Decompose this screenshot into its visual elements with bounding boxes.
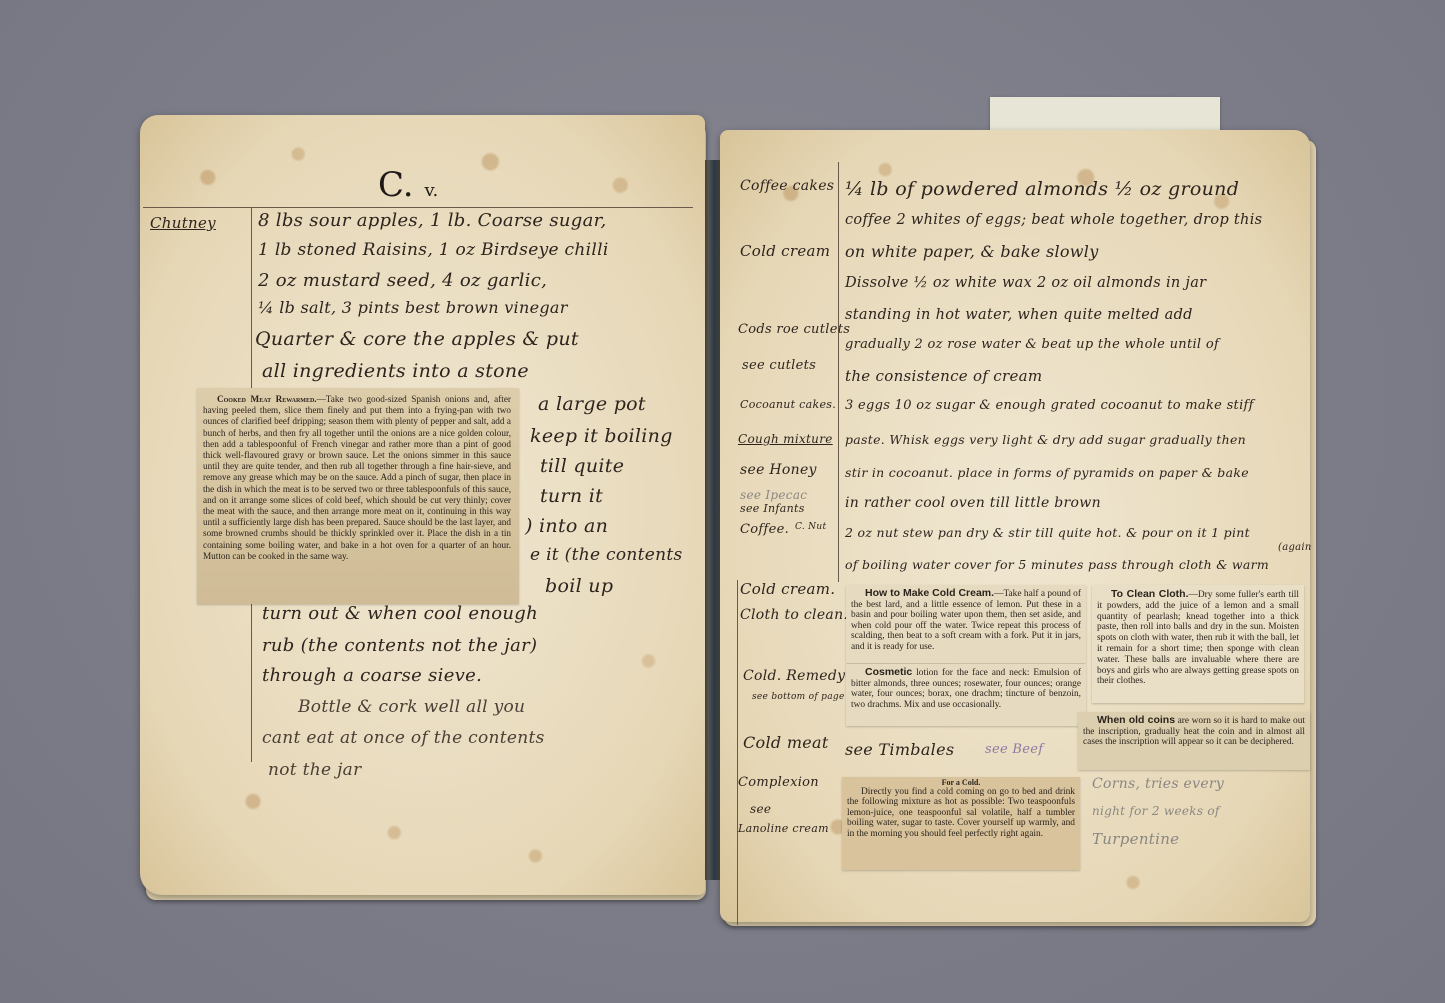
right-margin-rule (838, 162, 839, 582)
recipe-line: all ingredients into a stone (262, 360, 529, 382)
heading-suffix: v. (424, 180, 438, 201)
index-label: Cold cream. (740, 580, 835, 598)
recipe-line: turn it (540, 485, 603, 507)
clipping-body: Directly you find a cold coming on go to… (847, 787, 1075, 839)
recipe-line: stir in cocoanut. place in forms of pyra… (845, 465, 1249, 480)
index-label: C. Nut (795, 522, 826, 532)
recipe-line: ¼ lb of powdered almonds ½ oz ground (845, 178, 1239, 200)
index-label: Lanoline cream (738, 822, 829, 835)
recipe-line: gradually 2 oz rose water & beat up the … (845, 337, 1219, 352)
recipe-line: boil up (545, 575, 613, 597)
clipping-body: —Take two good-sized Spanish onions and,… (203, 394, 511, 561)
recipe-line: of boiling water cover for 5 minutes pas… (845, 557, 1269, 572)
recipe-line: e it (the contents (530, 545, 683, 565)
index-label: see Infants (740, 502, 805, 515)
recipe-line: 2 oz mustard seed, 4 oz garlic, (258, 270, 547, 291)
recipe-line: till quite (540, 455, 624, 477)
recipe-line: a large pot (538, 393, 646, 415)
corns-note-line: Turpentine (1092, 830, 1179, 848)
recipe-line: turn out & when cool enough (262, 603, 538, 624)
recipe-line: 8 lbs sour apples, 1 lb. Coarse sugar, (258, 210, 607, 231)
page-heading: C. v. (378, 165, 438, 205)
clipping-title: When old coins (1097, 714, 1175, 726)
recipe-line: the consistence of cream (845, 367, 1042, 385)
see-timbales-note: see Timbales (845, 740, 954, 759)
clipping-title: For a Cold. (847, 779, 1075, 787)
index-label: Coffee. (740, 522, 789, 537)
index-label: see bottom of page (752, 692, 845, 702)
index-label: see (750, 802, 771, 816)
clipping-title: Cosmetic (865, 666, 912, 678)
recipe-line: standing in hot water, when quite melted… (845, 307, 1193, 323)
recipe-line: in rather cool oven till little brown (845, 495, 1101, 511)
clipping-clean-cloth: To Clean Cloth.—Dry some fuller's earth … (1092, 585, 1304, 703)
clipping-title: Cooked Meat Rewarmed. (217, 394, 317, 404)
index-label: Cods roe cutlets (738, 322, 850, 337)
recipe-line: 3 eggs 10 oz sugar & enough grated cocoa… (845, 398, 1254, 413)
index-label: Cold cream (740, 242, 830, 260)
recipe-line: keep it boiling (530, 425, 673, 447)
recipe-line: ) into an (525, 515, 608, 537)
recipe-line: Quarter & core the apples & put (255, 328, 579, 350)
clipping-body: —Dry some fuller's earth till it powders… (1097, 590, 1299, 686)
clipping-for-a-cold: For a Cold. Directly you find a cold com… (842, 777, 1080, 870)
recipe-line: through a coarse sieve. (262, 665, 482, 686)
index-label: Complexion (738, 775, 819, 790)
recipe-line: 1 lb stoned Raisins, 1 oz Birdseye chill… (258, 240, 609, 260)
corns-note-line: Corns, tries every (1092, 776, 1224, 792)
recipe-line: (again (1278, 542, 1312, 553)
recipe-line: cant eat at once of the contents (262, 728, 545, 748)
clipping-title: How to Make Cold Cream. (865, 587, 994, 599)
index-label: Cold meat (743, 733, 829, 752)
clipping-cold-cream: How to Make Cold Cream.—Take half a poun… (846, 585, 1086, 663)
margin-label-chutney: Chutney (150, 214, 216, 232)
recipe-line: 2 oz nut stew pan dry & stir till quite … (845, 525, 1250, 540)
recipe-line: not the jar (268, 760, 362, 780)
clipping-cooked-meat: Cooked Meat Rewarmed.—Take two good-size… (197, 388, 519, 604)
index-label: see Honey (740, 462, 817, 478)
clipping-old-coins: When old coins are worn so it is hard to… (1078, 712, 1310, 770)
clipping-title: To Clean Cloth. (1111, 588, 1189, 600)
recipe-line: Dissolve ½ oz white wax 2 oz oil almonds… (845, 275, 1206, 291)
index-label: Cloth to clean. (740, 607, 848, 623)
index-label: Cough mixture (738, 432, 833, 446)
recipe-line: Bottle & cork well all you (298, 697, 525, 717)
see-beef-note: see Beef (985, 742, 1043, 757)
index-label: see cutlets (742, 358, 816, 373)
index-label: Coffee cakes (740, 178, 834, 194)
left-top-rule (143, 207, 693, 208)
recipe-line: on white paper, & bake slowly (845, 242, 1099, 261)
recipe-line: paste. Whisk eggs very light & dry add s… (845, 432, 1246, 447)
index-label: Cocoanut cakes. (740, 398, 836, 411)
recipe-line: coffee 2 whites of eggs; beat whole toge… (845, 212, 1262, 228)
recipe-line: ¼ lb salt, 3 pints best brown vinegar (258, 298, 568, 317)
right-left-rule (737, 580, 738, 925)
heading-letter: C. (378, 165, 414, 205)
clipping-cosmetic: Cosmetic lotion for the face and neck: E… (846, 664, 1086, 726)
index-label: Cold. Remedy (743, 668, 845, 684)
corns-note-line: night for 2 weeks of (1092, 804, 1220, 818)
recipe-line: rub (the contents not the jar) (262, 635, 537, 656)
index-label: see Ipecac (740, 488, 807, 502)
